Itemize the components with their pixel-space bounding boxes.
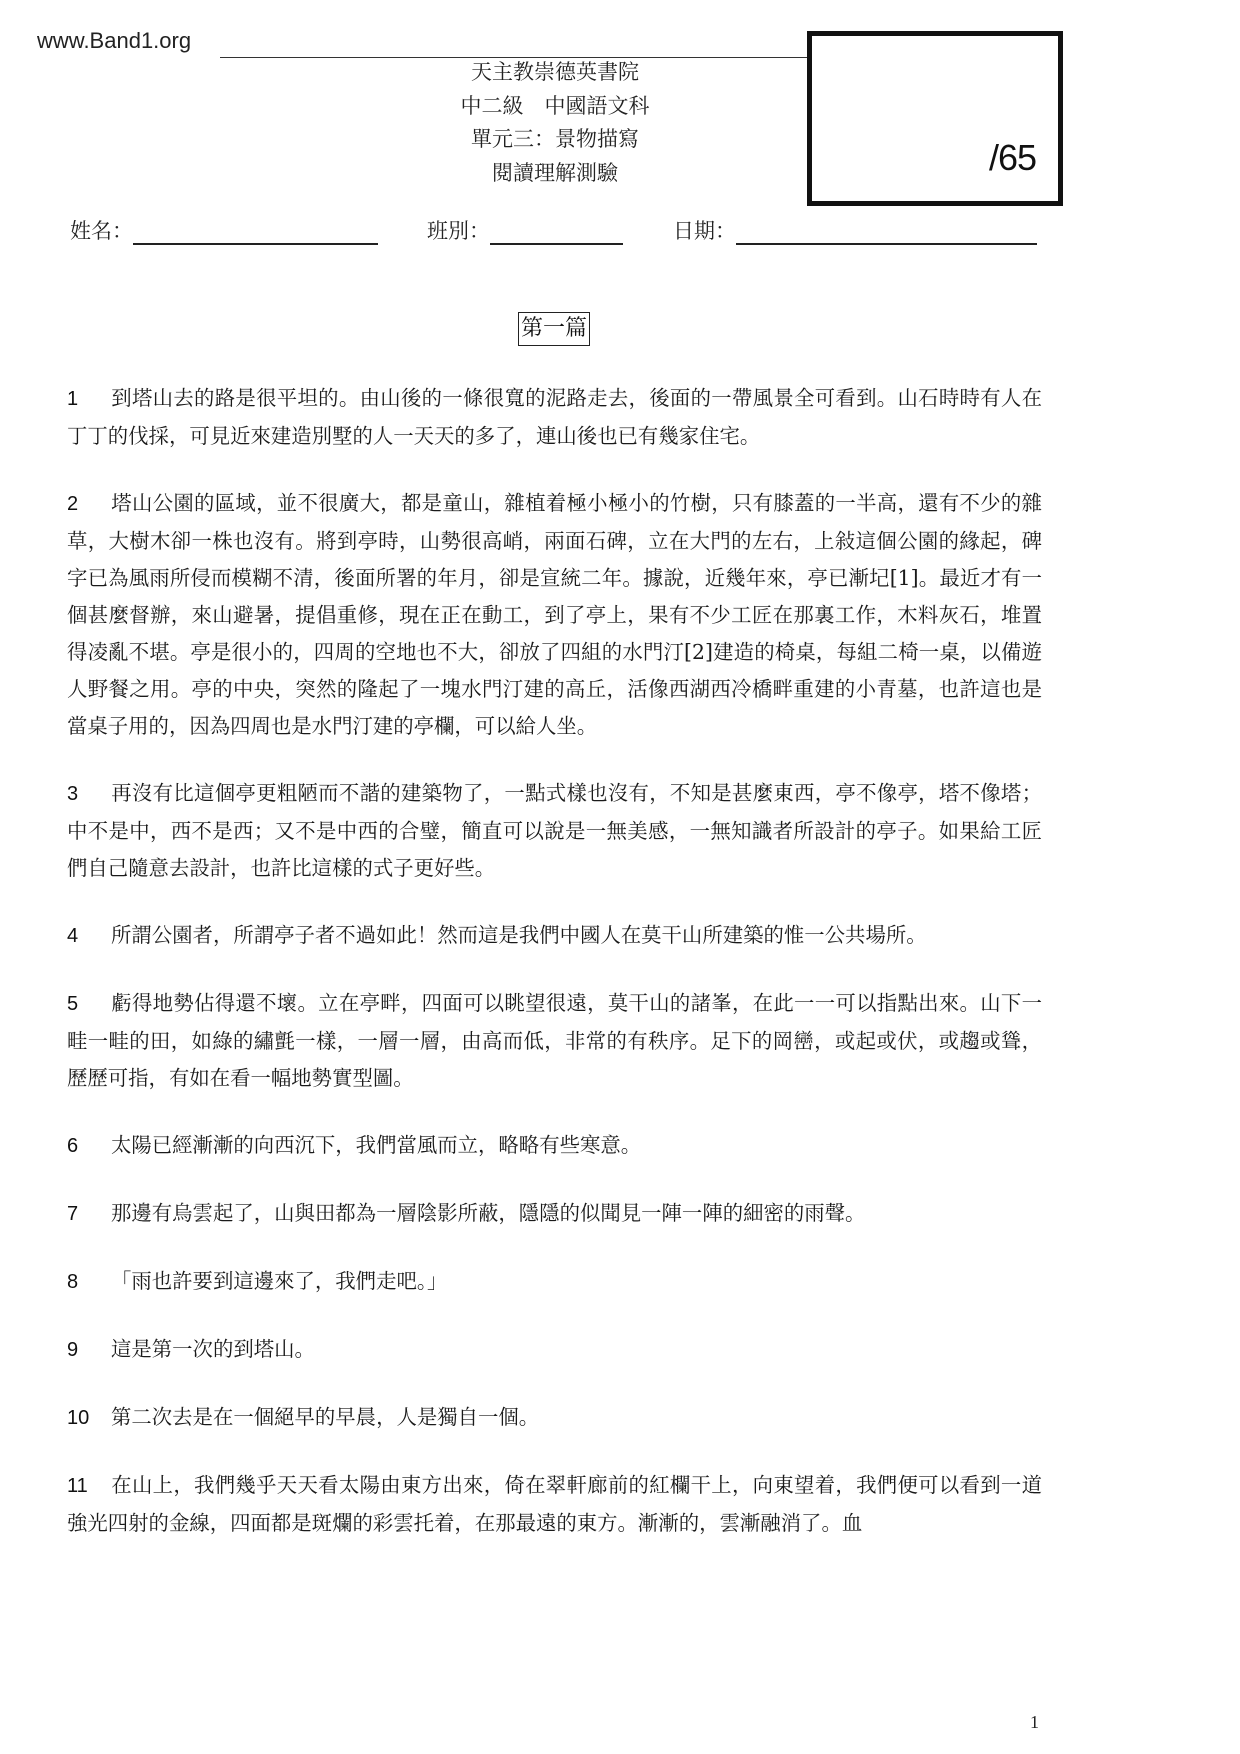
name-field[interactable]: 姓名：: [70, 215, 378, 245]
paragraph-11: 11在山上，我們幾乎天天看太陽由東方出來，倚在翠軒廊前的紅欄干上，向東望着，我們…: [67, 1467, 1042, 1542]
paragraph-text: 所謂公園者，所謂亭子者不過如此！然而這是我們中國人在莫干山所建築的惟一公共場所。: [111, 923, 927, 947]
paragraph-2: 2塔山公園的區域，並不很廣大，都是童山，雜植着極小極小的竹樹，只有膝蓋的一半高，…: [67, 485, 1042, 745]
title-block: 天主教崇德英書院 中二級 中國語文科 單元三：景物描寫 閱讀理解測驗: [355, 56, 755, 190]
class-label: 班別：: [427, 215, 490, 245]
paragraph-text: 太陽已經漸漸的向西沉下，我們當風而立，略略有些寒意。: [111, 1133, 641, 1157]
paragraph-text: 那邊有烏雲起了，山與田都為一層陰影所蔽，隱隱的似聞見一陣一陣的細密的雨聲。: [111, 1201, 865, 1225]
paragraph-number: 7: [67, 1196, 111, 1233]
score-total: /65: [989, 137, 1036, 179]
paragraph-text: 塔山公園的區域，並不很廣大，都是童山，雜植着極小極小的竹樹，只有膝蓋的一半高，還…: [67, 491, 1042, 738]
paragraph-1: 1到塔山去的路是很平坦的。由山後的一條很寬的泥路走去，後面的一帶風景全可看到。山…: [67, 380, 1042, 455]
paragraph-number: 6: [67, 1128, 111, 1165]
paragraph-number: 9: [67, 1332, 111, 1369]
site-url: www.Band1.org: [37, 28, 191, 54]
paragraph-number: 1: [67, 381, 111, 418]
paragraph-3: 3再沒有比這個亭更粗陋而不諧的建築物了，一點式樣也沒有，不知是甚麼東西，亭不像亭…: [67, 775, 1042, 887]
grade-subject: 中二級 中國語文科: [355, 90, 755, 124]
unit-title: 單元三：景物描寫: [355, 123, 755, 157]
paragraph-text: 「雨也許要到這邊來了，我們走吧。」: [111, 1269, 447, 1293]
paragraph-number: 5: [67, 986, 111, 1023]
school-name: 天主教崇德英書院: [355, 56, 755, 90]
paragraph-6: 6太陽已經漸漸的向西沉下，我們當風而立，略略有些寒意。: [67, 1127, 1042, 1165]
class-blank[interactable]: [490, 219, 623, 245]
paragraph-number: 10: [67, 1400, 111, 1437]
paragraph-10: 10第二次去是在一個絕早的早晨，人是獨自一個。: [67, 1399, 1042, 1437]
paragraph-7: 7那邊有烏雲起了，山與田都為一層陰影所蔽，隱隱的似聞見一陣一陣的細密的雨聲。: [67, 1195, 1042, 1233]
student-info-row: 姓名： 班別： 日期：: [70, 215, 1050, 245]
paragraph-5: 5虧得地勢佔得還不壞。立在亭畔，四面可以眺望很遠，莫干山的諸峯，在此一一可以指點…: [67, 985, 1042, 1097]
name-blank[interactable]: [133, 219, 378, 245]
paragraph-number: 8: [67, 1264, 111, 1301]
date-label: 日期：: [673, 215, 736, 245]
paragraph-text: 虧得地勢佔得還不壞。立在亭畔，四面可以眺望很遠，莫干山的諸峯，在此一一可以指點出…: [67, 991, 1042, 1090]
paragraph-text: 在山上，我們幾乎天天看太陽由東方出來，倚在翠軒廊前的紅欄干上，向東望着，我們便可…: [67, 1473, 1042, 1535]
score-box: /65: [807, 31, 1063, 206]
paragraph-text: 第二次去是在一個絕早的早晨，人是獨自一個。: [111, 1405, 539, 1429]
section-title: 第一篇: [518, 312, 590, 346]
page-number: 1: [1030, 1712, 1039, 1733]
class-field[interactable]: 班別：: [427, 215, 623, 245]
paragraph-text: 這是第一次的到塔山。: [111, 1337, 315, 1361]
paragraph-number: 4: [67, 918, 111, 955]
test-name: 閱讀理解測驗: [355, 157, 755, 191]
reading-passage: 1到塔山去的路是很平坦的。由山後的一條很寬的泥路走去，後面的一帶風景全可看到。山…: [67, 380, 1042, 1572]
date-blank[interactable]: [736, 219, 1037, 245]
date-field[interactable]: 日期：: [673, 215, 1037, 245]
paragraph-8: 8「雨也許要到這邊來了，我們走吧。」: [67, 1263, 1042, 1301]
paragraph-number: 3: [67, 776, 111, 813]
paragraph-text: 再沒有比這個亭更粗陋而不諧的建築物了，一點式樣也沒有，不知是甚麼東西，亭不像亭，…: [67, 781, 1042, 880]
name-label: 姓名：: [70, 215, 133, 245]
paragraph-text: 到塔山去的路是很平坦的。由山後的一條很寬的泥路走去，後面的一帶風景全可看到。山石…: [67, 386, 1042, 448]
paragraph-number: 2: [67, 486, 111, 523]
paragraph-9: 9這是第一次的到塔山。: [67, 1331, 1042, 1369]
paragraph-number: 11: [67, 1468, 111, 1505]
paragraph-4: 4所謂公園者，所謂亭子者不過如此！然而這是我們中國人在莫干山所建築的惟一公共場所…: [67, 917, 1042, 955]
